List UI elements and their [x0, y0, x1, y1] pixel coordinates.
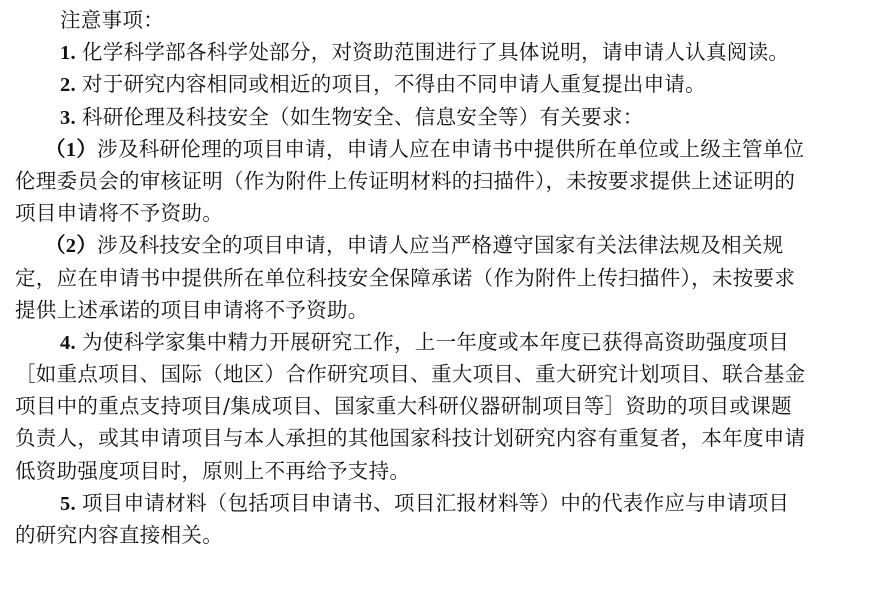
item-3-text: 科研伦理及科技安全（如生物安全、信息安全等）有关要求：	[82, 105, 644, 129]
sub-item-2-number: （2）	[45, 235, 97, 257]
sub-item-1-line-2: 伦理委员会的审核证明（作为附件上传证明材料的扫描件），未按要求提供上述证明的	[15, 165, 881, 197]
item-4-line-2: ［如重点项目、国际（地区）合作研究项目、重大项目、重大研究计划项目、联合基金	[15, 358, 881, 390]
sub-item-2-text-1: 涉及科技安全的项目申请，申请人应当严格遵守国家有关法律法规及相关规	[97, 233, 783, 257]
item-1: 1.化学科学部各科学处部分，对资助范围进行了具体说明，请申请人认真阅读。	[15, 36, 881, 68]
item-2-text: 对于研究内容相同或相近的项目，不得由不同申请人重复提出申请。	[82, 72, 706, 96]
item-5-line-2: 的研究内容直接相关。	[15, 519, 881, 551]
sub-item-2-line-2: 定，应在申请书中提供所在单位科技安全保障承诺（作为附件上传扫描件），未按要求	[15, 262, 881, 294]
notice-heading: 注意事项：	[15, 4, 881, 36]
item-4-line-1: 4.为使科学家集中精力开展研究工作，上一年度或本年度已获得高资助强度项目	[15, 326, 881, 358]
notice-document: 注意事项： 1.化学科学部各科学处部分，对资助范围进行了具体说明，请申请人认真阅…	[0, 0, 891, 551]
sub-item-1-text-1: 涉及科研伦理的项目申请，申请人应在申请书中提供所在单位或上级主管单位	[97, 137, 804, 161]
item-1-text: 化学科学部各科学处部分，对资助范围进行了具体说明，请申请人认真阅读。	[82, 40, 789, 64]
item-2-number: 2.	[60, 74, 76, 96]
item-4-line-5: 低资助强度项目时，原则上不再给予支持。	[15, 455, 881, 487]
item-2: 2.对于研究内容相同或相近的项目，不得由不同申请人重复提出申请。	[15, 68, 881, 100]
item-5-number: 5.	[60, 493, 76, 515]
item-5-text-1: 项目申请材料（包括项目申请书、项目汇报材料等）中的代表作应与申请项目	[82, 491, 789, 515]
item-3: 3.科研伦理及科技安全（如生物安全、信息安全等）有关要求：	[15, 101, 881, 133]
item-4-text-1: 为使科学家集中精力开展研究工作，上一年度或本年度已获得高资助强度项目	[82, 330, 789, 354]
sub-item-2-line-1: （2）涉及科技安全的项目申请，申请人应当严格遵守国家有关法律法规及相关规	[15, 229, 881, 261]
sub-item-1-line-3: 项目申请将不予资助。	[15, 197, 881, 229]
sub-item-1-line-1: （1）涉及科研伦理的项目申请，申请人应在申请书中提供所在单位或上级主管单位	[15, 133, 881, 165]
item-4-line-4: 负责人，或其申请项目与本人承担的其他国家科技计划研究内容有重复者，本年度申请	[15, 422, 881, 454]
item-4-number: 4.	[60, 332, 76, 354]
sub-item-2-line-3: 提供上述承诺的项目申请将不予资助。	[15, 294, 881, 326]
item-4-line-3: 项目中的重点支持项目/集成项目、国家重大科研仪器研制项目等］资助的项目或课题	[15, 390, 881, 422]
item-5-line-1: 5.项目申请材料（包括项目申请书、项目汇报材料等）中的代表作应与申请项目	[15, 487, 881, 519]
item-3-number: 3.	[60, 107, 76, 129]
item-1-number: 1.	[60, 42, 76, 64]
sub-item-1-number: （1）	[45, 139, 97, 161]
